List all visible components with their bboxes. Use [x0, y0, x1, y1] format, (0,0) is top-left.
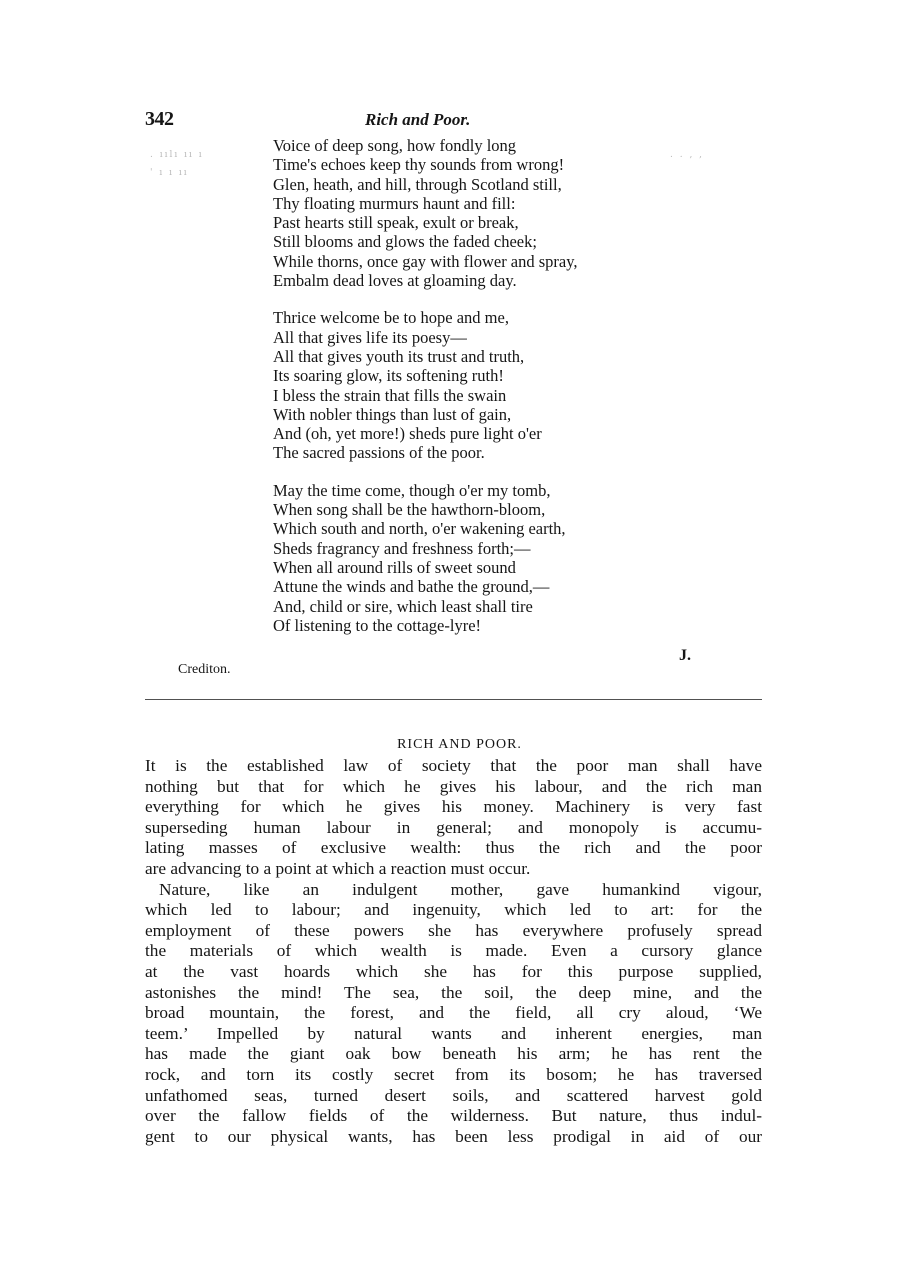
- body-line: are advancing to a point at which a reac…: [145, 859, 762, 880]
- poem-stanza: May the time come, though o'er my tomb, …: [273, 481, 733, 635]
- poem-line: And (oh, yet more!) sheds pure light o'e…: [273, 424, 733, 443]
- poem-line: Time's echoes keep thy sounds from wrong…: [273, 155, 733, 174]
- section-divider: [145, 699, 762, 700]
- poem-line: Which south and north, o'er wakening ear…: [273, 519, 733, 538]
- poem-line: With nobler things than lust of gain,: [273, 405, 733, 424]
- body-line: teem.’ Impelled by natural wants and inh…: [145, 1024, 762, 1045]
- poem-line: May the time come, though o'er my tomb,: [273, 481, 733, 500]
- poem: Voice of deep song, how fondly long Time…: [273, 136, 733, 653]
- body-line: unfathomed seas, turned desert soils, an…: [145, 1086, 762, 1107]
- poem-line: When all around rills of sweet sound: [273, 558, 733, 577]
- body-line: over the fallow fields of the wilderness…: [145, 1106, 762, 1127]
- poem-line: I bless the strain that fills the swain: [273, 386, 733, 405]
- poem-stanza: Voice of deep song, how fondly long Time…: [273, 136, 733, 290]
- page-number: 342: [145, 108, 174, 131]
- body-line: rock, and torn its costly secret from it…: [145, 1065, 762, 1086]
- poem-line: And, child or sire, which least shall ti…: [273, 597, 733, 616]
- margin-bleed-through: . ıılı ıı ı: [150, 150, 204, 160]
- body-line: the materials of which wealth is made. E…: [145, 941, 762, 962]
- poem-line: Still blooms and glows the faded cheek;: [273, 232, 733, 251]
- body-line: Nature, like an indulgent mother, gave h…: [145, 880, 762, 901]
- poem-place: Crediton.: [178, 662, 231, 678]
- poem-line: Of listening to the cottage-lyre!: [273, 616, 733, 635]
- running-title: Rich and Poor.: [365, 110, 470, 130]
- poem-line: Thrice welcome be to hope and me,: [273, 308, 733, 327]
- body-line: It is the established law of society tha…: [145, 756, 762, 777]
- poem-line: Past hearts still speak, exult or break,: [273, 213, 733, 232]
- poem-line: When song shall be the hawthorn-bloom,: [273, 500, 733, 519]
- poem-line: While thorns, once gay with flower and s…: [273, 252, 733, 271]
- article-body: It is the established law of society tha…: [145, 756, 762, 1147]
- poem-line: Attune the winds and bathe the ground,—: [273, 577, 733, 596]
- body-line: at the vast hoards which she has for thi…: [145, 962, 762, 983]
- poem-signature: J.: [679, 647, 691, 665]
- body-line: which led to labour; and ingenuity, whic…: [145, 900, 762, 921]
- body-line: lating masses of exclusive wealth: thus …: [145, 838, 762, 859]
- poem-line: All that gives youth its trust and truth…: [273, 347, 733, 366]
- body-line: employment of these powers she has every…: [145, 921, 762, 942]
- poem-line: Embalm dead loves at gloaming day.: [273, 271, 733, 290]
- margin-bleed-through: ' ı ı ıı: [150, 168, 189, 178]
- poem-line: Its soaring glow, its softening ruth!: [273, 366, 733, 385]
- poem-line: All that gives life its poesy—: [273, 328, 733, 347]
- body-line: everything for which he gives his money.…: [145, 797, 762, 818]
- poem-stanza: Thrice welcome be to hope and me, All th…: [273, 308, 733, 462]
- article-title: RICH AND POOR.: [0, 737, 919, 753]
- body-line: gent to our physical wants, has been les…: [145, 1127, 762, 1148]
- body-line: broad mountain, the forest, and the fiel…: [145, 1003, 762, 1024]
- page-header: 342 Rich and Poor.: [145, 108, 765, 132]
- body-line: has made the giant oak bow beneath his a…: [145, 1044, 762, 1065]
- body-line: superseding human labour in general; and…: [145, 818, 762, 839]
- poem-line: Thy floating murmurs haunt and fill:: [273, 194, 733, 213]
- poem-line: Sheds fragrancy and freshness forth;—: [273, 539, 733, 558]
- body-line: astonishes the mind! The sea, the soil, …: [145, 983, 762, 1004]
- poem-line: Glen, heath, and hill, through Scotland …: [273, 175, 733, 194]
- poem-line: Voice of deep song, how fondly long: [273, 136, 733, 155]
- body-line: nothing but that for which he gives his …: [145, 777, 762, 798]
- poem-line: The sacred passions of the poor.: [273, 443, 733, 462]
